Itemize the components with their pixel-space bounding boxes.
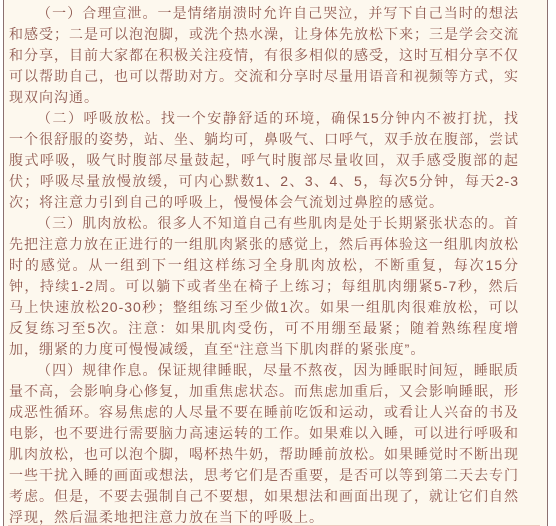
paragraph-breathing-relaxation: （二）呼吸放松。找一个安静舒适的环境，确保15分钟内不被打扰，找一个很舒服的姿势… [9, 108, 519, 213]
document-page: （一）合理宣泄。一是情绪崩溃时允许自己哭泣，并写下自己当时的想法和感受；二是可以… [0, 0, 556, 526]
paragraph-regular-sleep: （四）规律作息。保证规律睡眠，尽量不熬夜，因为睡眠时间短，睡眠质量不高，会影响身… [9, 360, 519, 526]
document-content: （一）合理宣泄。一是情绪崩溃时允许自己哭泣，并写下自己当时的想法和感受；二是可以… [3, 0, 548, 526]
paragraph-rational-venting: （一）合理宣泄。一是情绪崩溃时允许自己哭泣，并写下自己当时的想法和感受；二是可以… [9, 3, 519, 108]
paragraph-muscle-relaxation: （三）肌肉放松。很多人不知道自己有些肌肉是处于长期紧张状态的。首先把注意力放在正… [9, 213, 519, 360]
